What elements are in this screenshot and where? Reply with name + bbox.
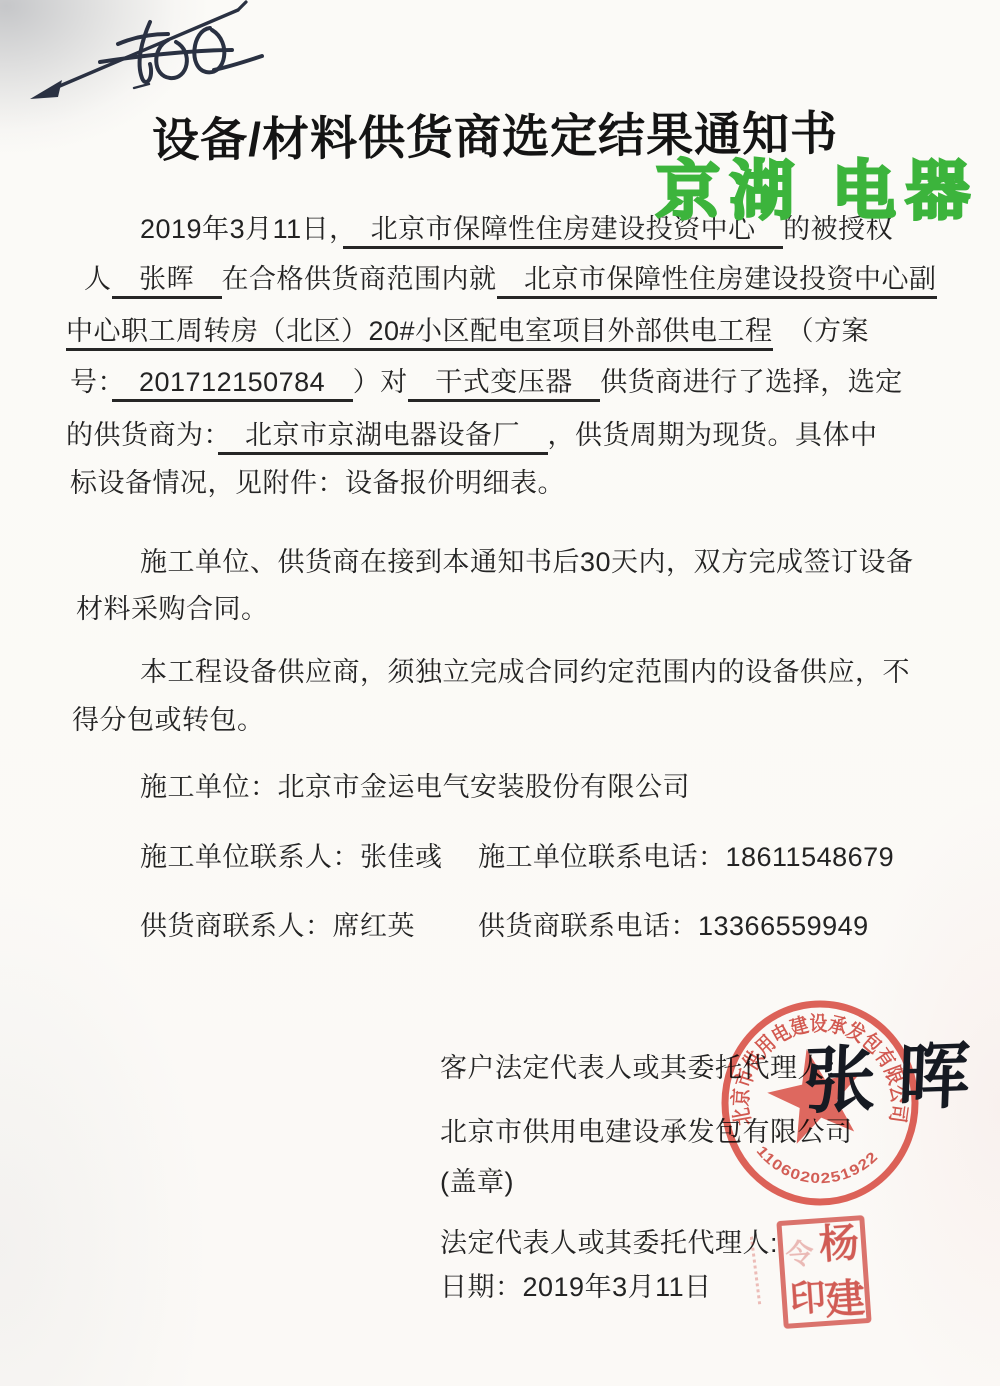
text-run: ，供货周期为现货。具体中 (548, 420, 878, 450)
construction-unit-line: 施工单位：北京市金运电气安装股份有限公司 (140, 770, 690, 805)
text-run: 2019年3月11日， (140, 214, 343, 244)
text-run: 供货商联系人：席红英 供货商联系电话：13366559949 (140, 911, 869, 941)
field-scheme-number: 201712150784 (112, 367, 353, 402)
text-run: 施工单位联系人：张佳彧 施工单位联系电话：18611548679 (140, 842, 894, 872)
construction-contact-line: 施工单位联系人：张佳彧 施工单位联系电话：18611548679 (140, 840, 894, 875)
personal-seal-stamp: 杨 建 令 印 (776, 1215, 871, 1329)
body-line: 的供货商为： 北京市京湖电器设备厂 ，供货周期为现货。具体中 (66, 418, 878, 453)
supplier-contact-line: 供货商联系人：席红英 供货商联系电话：13366559949 (140, 909, 869, 944)
text-run: 的供货商为： (66, 420, 218, 450)
text-run: 材料采购合同。 (76, 594, 269, 624)
field-selected-supplier: 北京市京湖电器设备厂 (218, 420, 548, 455)
handwritten-signature: 张晖 (802, 1017, 994, 1128)
text-run: 施工单位、供货商在接到本通知书后30天内，双方完成签订设备 (140, 547, 914, 577)
text-run: 本工程设备供应商，须独立完成合同约定范围内的设备供应，不 (140, 657, 910, 687)
body-line: 号： 201712150784 ）对 干式变压器 供货商进行了选择，选定 (70, 365, 903, 400)
footer-date-line: 日期：2019年3月11日 (440, 1265, 712, 1304)
svg-text:1106020251922: 1106020251922 (753, 1143, 882, 1187)
field-authorized-person: 张晖 (112, 264, 222, 299)
seal-char-1: 杨 (818, 1223, 861, 1266)
text-run: 号： (70, 367, 112, 397)
field-project-name-part1: 北京市保障性住房建设投资中心副 (497, 264, 937, 299)
body-line: 得分包或转包。 (72, 703, 265, 738)
text-run: （方案 (773, 316, 870, 346)
text-run: 得分包或转包。 (72, 705, 265, 735)
stamp-number-text: 1106020251922 (753, 1143, 882, 1187)
text-run: 施工单位：北京市金运电气安装股份有限公司 (140, 772, 690, 802)
body-line: 人 张晖 在合格供货商范围内就 北京市保障性住房建设投资中心副 (84, 262, 937, 297)
body-line: 施工单位、供货商在接到本通知书后30天内，双方完成签订设备 (140, 545, 914, 580)
footer-legal-rep-label: 法定代表人或其委托代理人: (440, 1221, 778, 1260)
scanned-document-page: 设备/材料供货商选定结果通知书 京湖 电器 2019年3月11日， 北京市保障性… (0, 0, 1000, 1386)
text-run: 人 (84, 264, 112, 294)
footer-seal-note: (盖章) (440, 1160, 514, 1199)
seal-char-2: 建 (824, 1278, 867, 1321)
green-watermark: 京湖 电器 (656, 140, 980, 232)
body-line: 标设备情况，见附件：设备报价明细表。 (70, 466, 565, 501)
handwritten-scribble (85, 5, 305, 100)
seal-char-4: 印 (789, 1279, 827, 1317)
text-run: 在合格供货商范围内就 (222, 264, 497, 294)
text-run: 供货商进行了选择，选定 (600, 367, 903, 397)
text-run: 标设备情况，见附件：设备报价明细表。 (70, 468, 565, 498)
text-run: ）对 (353, 367, 408, 397)
field-project-name-part2: 中心职工周转房（北区）20#小区配电室项目外部供电工程 (66, 316, 773, 351)
body-line: 中心职工周转房（北区）20#小区配电室项目外部供电工程 （方案 (66, 314, 869, 349)
field-equipment-type: 干式变压器 (408, 367, 601, 402)
seal-char-3: 令 (785, 1240, 815, 1270)
body-line: 材料采购合同。 (76, 592, 269, 627)
body-line: 本工程设备供应商，须独立完成合同约定范围内的设备供应，不 (140, 655, 910, 690)
